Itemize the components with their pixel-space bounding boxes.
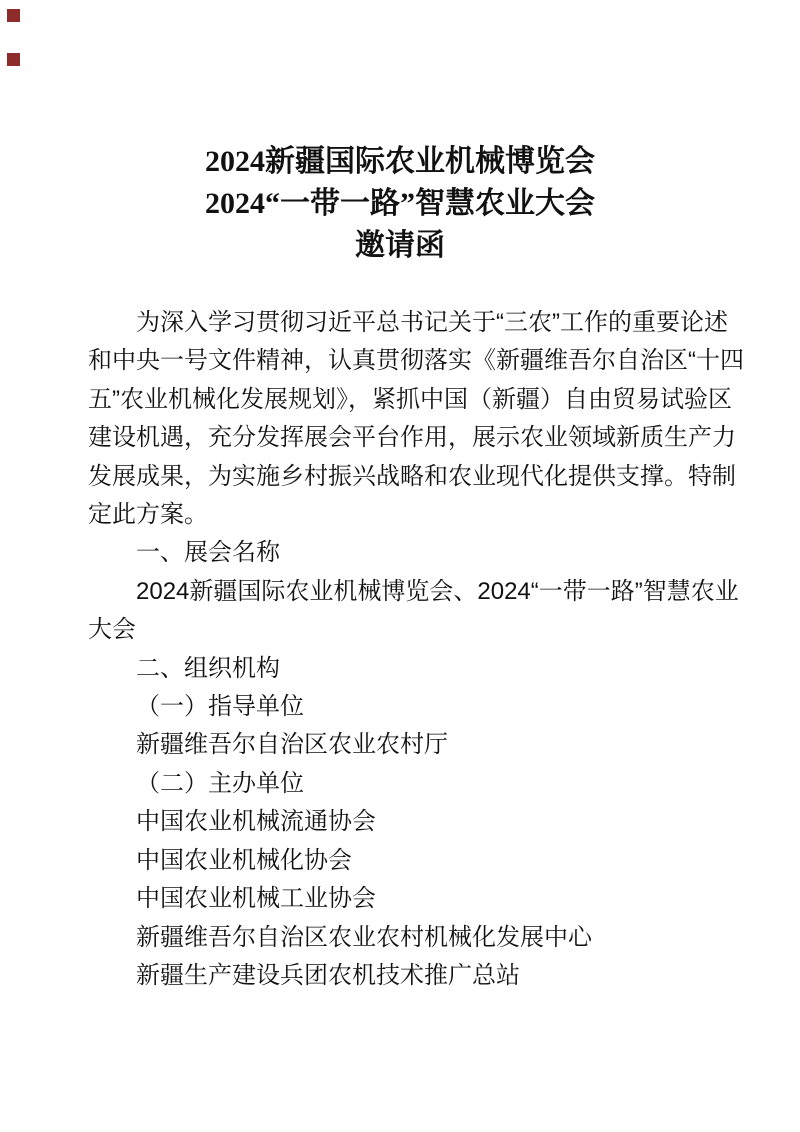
- document-line: 新疆维吾尔自治区农业农村机械化发展中心: [88, 919, 712, 957]
- red-mark: [7, 9, 20, 22]
- document-line: 五”农业机械化发展规划》，紧抓中国（新疆）自由贸易试验区: [88, 381, 712, 419]
- document-line: 新疆维吾尔自治区农业农村厅: [88, 726, 712, 764]
- document-line: 中国农业机械化协会: [88, 842, 712, 880]
- document-line: 二、组织机构: [88, 650, 712, 688]
- document-line: 和中央一号文件精神，认真贯彻落实《新疆维吾尔自治区“十四: [88, 342, 712, 380]
- document-line: 发展成果，为实施乡村振兴战略和农业现代化提供支撑。特制: [88, 458, 712, 496]
- document-title: 2024新疆国际农业机械博览会 2024“一带一路”智慧农业大会 邀请函: [88, 141, 712, 267]
- document-line: （一）指导单位: [88, 688, 712, 726]
- document-line: 大会: [88, 611, 712, 649]
- document-line: 一、展会名称: [88, 534, 712, 572]
- document-line: 建设机遇，充分发挥展会平台作用，展示农业领域新质生产力: [88, 419, 712, 457]
- document-line: 中国农业机械工业协会: [88, 880, 712, 918]
- title-line-1: 2024新疆国际农业机械博览会: [88, 141, 712, 183]
- document-line: 为深入学习贯彻习近平总书记关于“三农”工作的重要论述: [88, 304, 712, 342]
- document-line: 新疆生产建设兵团农机技术推广总站: [88, 957, 712, 995]
- document-body: 为深入学习贯彻习近平总书记关于“三农”工作的重要论述和中央一号文件精神，认真贯彻…: [88, 304, 712, 995]
- document-line: 定此方案。: [88, 496, 712, 534]
- title-line-2: 2024“一带一路”智慧农业大会: [88, 183, 712, 225]
- document-line: 2024新疆国际农业机械博览会、2024“一带一路”智慧农业: [88, 573, 712, 611]
- title-line-3: 邀请函: [88, 225, 712, 267]
- red-mark: [7, 53, 20, 66]
- document-page: 2024新疆国际农业机械博览会 2024“一带一路”智慧农业大会 邀请函 为深入…: [0, 0, 800, 1132]
- document-line: （二）主办单位: [88, 765, 712, 803]
- document-line: 中国农业机械流通协会: [88, 803, 712, 841]
